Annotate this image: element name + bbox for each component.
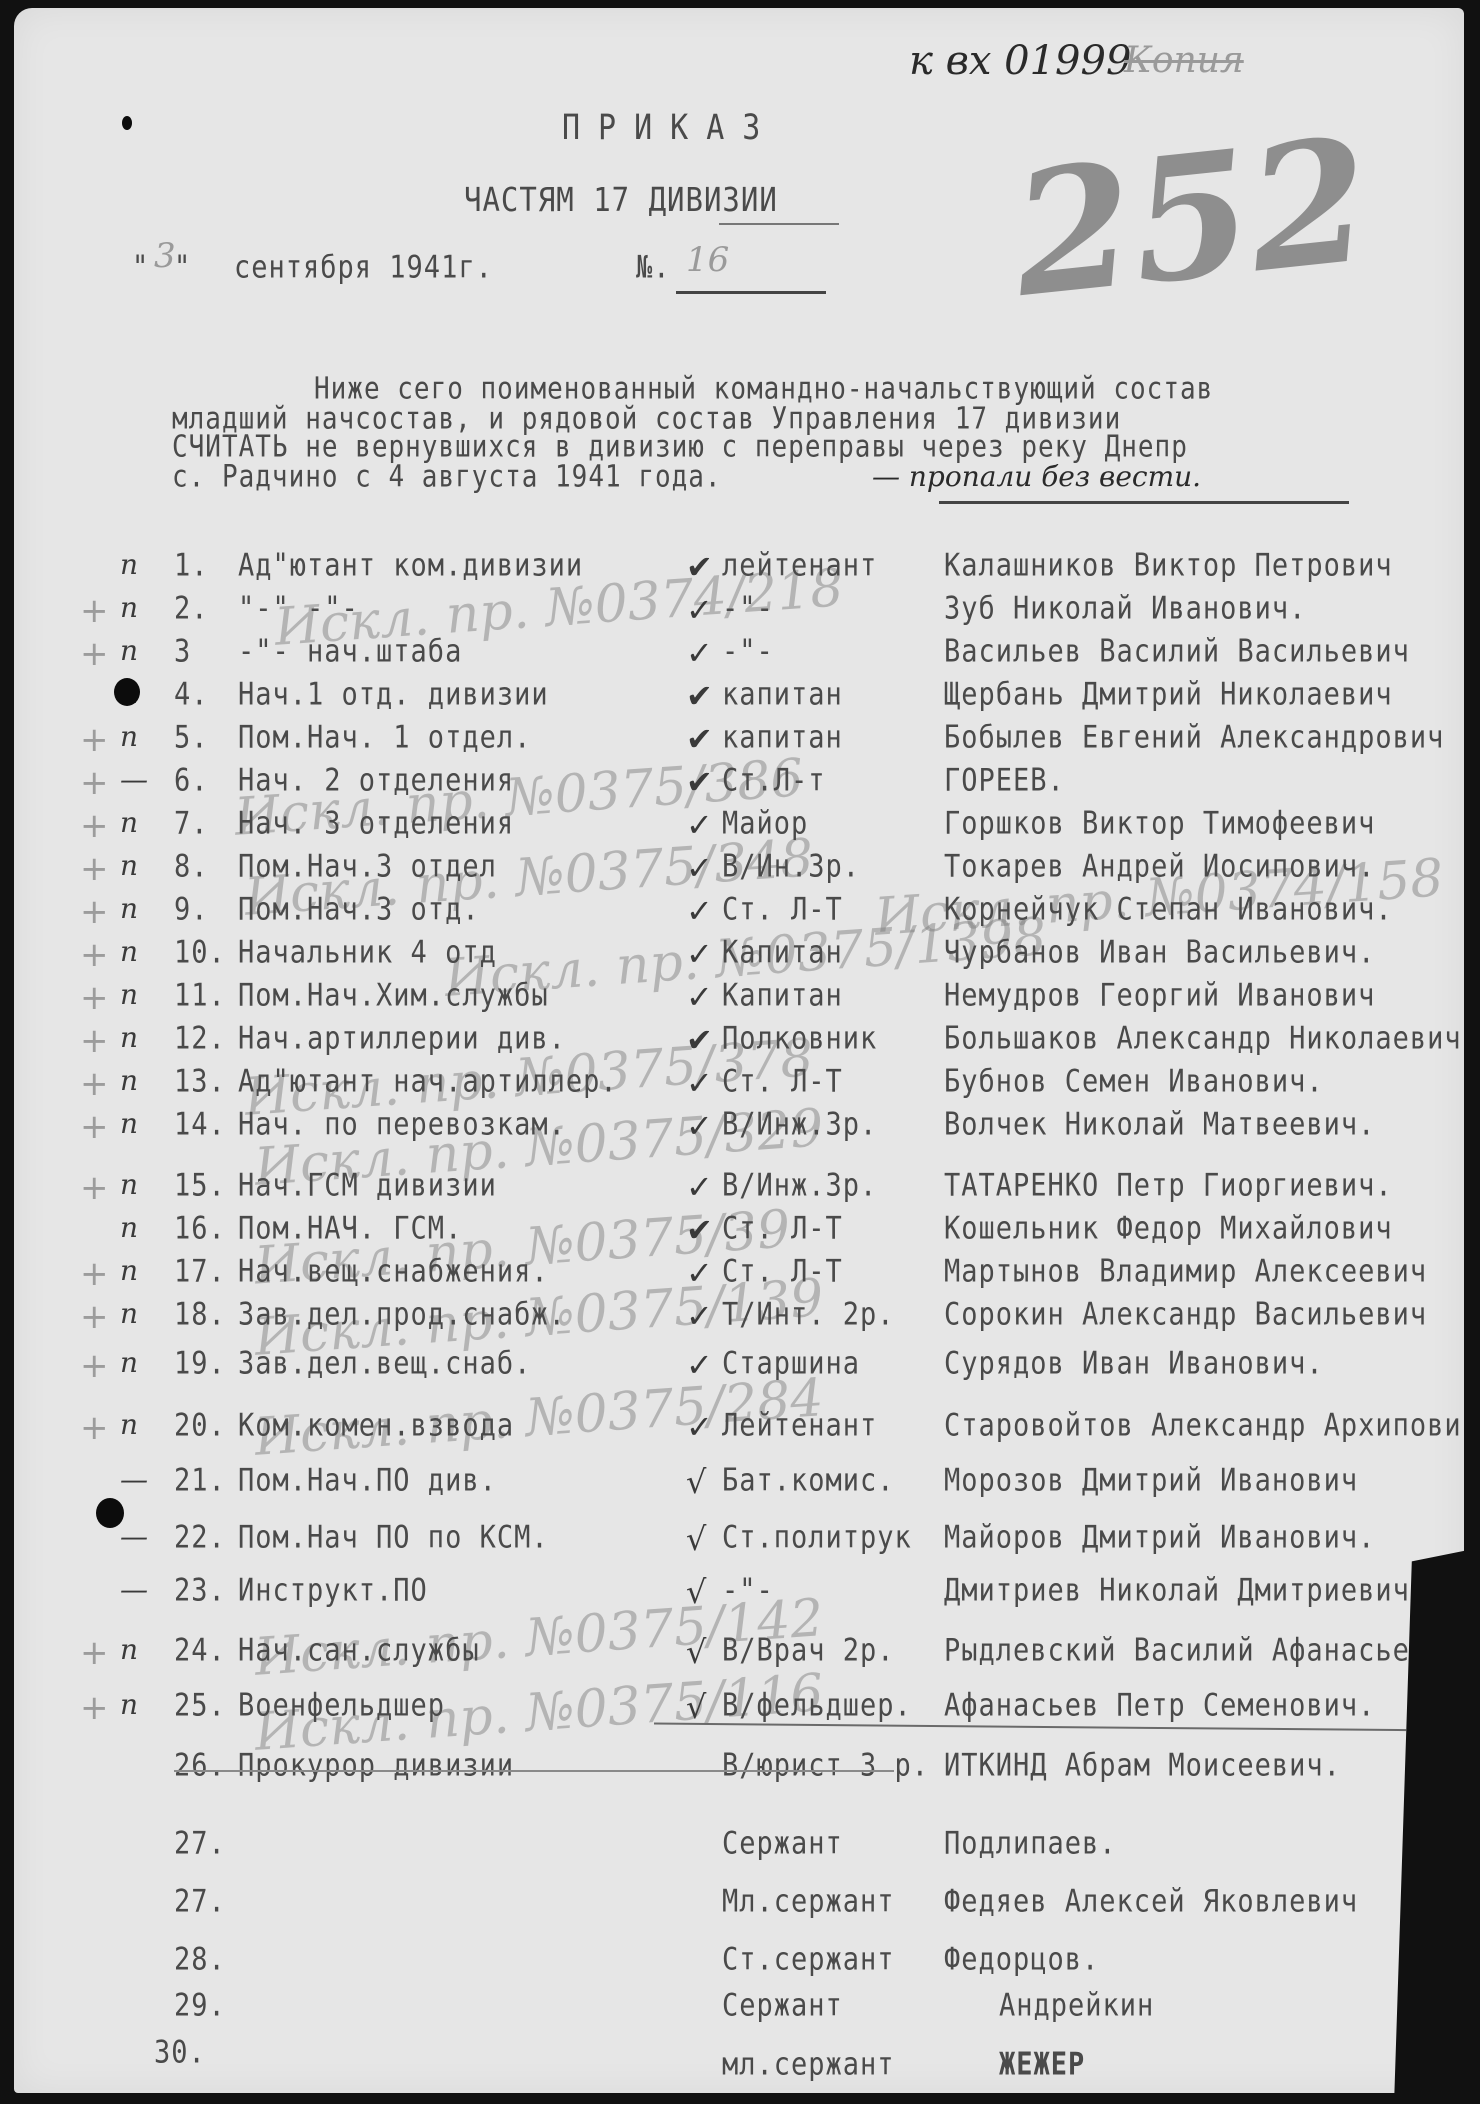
personnel-row: + п 3 -"- нач.штаба ✓ -"- Васильев Васил…: [14, 634, 1464, 678]
person-name: Андрейкин: [999, 1988, 1154, 2024]
checkmark-icon: √: [686, 1520, 706, 1558]
person-name: Васильев Василий Васильевич: [944, 634, 1410, 670]
preamble-handwritten-note: — пропали без вести.: [872, 460, 1201, 493]
checkmark-icon: √: [686, 1573, 706, 1611]
checkmark-icon: ✓: [686, 591, 713, 629]
position: Прокурор дивизии: [238, 1748, 514, 1784]
row-number: 18.: [174, 1297, 226, 1333]
archive-stamp-pencil: Копия: [1124, 40, 1244, 81]
plus-mark: +: [80, 591, 109, 631]
checkmark-icon: ✓: [686, 806, 713, 844]
position: Пом.Нач. 1 отдел.: [238, 720, 531, 756]
personnel-row: + — 6. Нач. 2 отделения ✔ Ст.Л-т ГОРЕЕВ.: [14, 763, 1464, 807]
personnel-row: + п 19. Зав.дел.вещ.снаб. ✓ Старшина Сур…: [14, 1346, 1464, 1390]
person-name: Токарев Андрей Иосипович.: [944, 849, 1375, 885]
row-number: 17.: [174, 1254, 226, 1290]
person-name: Волчек Николай Матвеевич.: [944, 1107, 1375, 1143]
person-name: Корнейчук Степан Иванович.: [944, 892, 1393, 928]
personnel-row: 29. Сержант Андрейкин: [14, 1988, 1464, 2032]
personnel-row: + п 5. Пом.Нач. 1 отдел. ✔ капитан Бобыл…: [14, 720, 1464, 764]
subtitle-underline: [719, 223, 839, 225]
preamble-line-4: с. Радчино с 4 августа 1941 года.: [172, 460, 722, 495]
plus-mark: +: [80, 1107, 109, 1147]
p-mark: п: [120, 1297, 138, 1330]
rank: В/Врач 2р.: [722, 1633, 895, 1669]
person-name: ГОРЕЕВ.: [944, 763, 1065, 799]
p-mark: п: [120, 935, 138, 968]
rank: -"-: [722, 1573, 774, 1609]
person-name: Афанасьев Петр Семенович.: [944, 1688, 1375, 1724]
note-underline: [939, 501, 1349, 504]
row-number: 9.: [174, 892, 209, 928]
row-number: 7.: [174, 806, 209, 842]
checkmark-icon: ✓: [686, 1297, 713, 1335]
rank: Бат.комис.: [722, 1463, 895, 1499]
position: Пом.НАЧ. ГСМ.: [238, 1211, 462, 1247]
row-number: 12.: [174, 1021, 226, 1057]
personnel-row: + п 13. Ад"ютант нач.артиллер. ✓ Ст. Л-Т…: [14, 1064, 1464, 1108]
row-number: 1.: [174, 548, 209, 584]
archive-stamp: к вх 01999: [909, 38, 1131, 84]
plus-mark: +: [80, 1688, 109, 1728]
row-number: 27.: [174, 1826, 226, 1862]
rank: Майор: [722, 806, 808, 842]
rank: В/фельдшер.: [722, 1688, 912, 1724]
row-number: 21.: [174, 1463, 226, 1499]
plus-mark: +: [80, 978, 109, 1018]
p-mark: п: [120, 1107, 138, 1140]
plus-mark: +: [80, 806, 109, 846]
rank: -"-: [722, 634, 774, 670]
personnel-row: п 4. Нач.1 отд. дивизии ✔ капитан Щербан…: [14, 677, 1464, 721]
plus-mark: +: [80, 1297, 109, 1337]
order-number-label: №.: [636, 250, 671, 286]
position: Нач. 3 отделения: [238, 806, 514, 842]
rank: Полковник: [722, 1021, 877, 1057]
position: Пом.Нач.ПО див.: [238, 1463, 497, 1499]
rank: Сержант: [722, 1988, 843, 2024]
position: Начальник 4 отд: [238, 935, 497, 971]
person-name: Зуб Николай Иванович.: [944, 591, 1306, 627]
p-mark: п: [120, 548, 138, 581]
plus-mark: +: [80, 1168, 109, 1208]
p-mark: —: [120, 1520, 148, 1553]
personnel-row: — 21. Пом.Нач.ПО див. √ Бат.комис. Мороз…: [14, 1463, 1464, 1507]
row-number: 10.: [174, 935, 226, 971]
personnel-row: + п 9. Пом.Нач.3 отд. ✓ Ст. Л-Т Корнейчу…: [14, 892, 1464, 936]
page-number: 252: [1005, 100, 1379, 336]
position: Ад"ютант ком.дивизии: [238, 548, 583, 584]
checkmark-icon: ✔: [686, 1211, 713, 1249]
personnel-row: п 1. Ад"ютант ком.дивизии ✔ лейтенант Ка…: [14, 548, 1464, 592]
person-name: Сурядов Иван Иванович.: [944, 1346, 1324, 1382]
position: Инструкт.ПО: [238, 1573, 428, 1609]
row-number: 6.: [174, 763, 209, 799]
rank: лейтенант: [722, 548, 877, 584]
rank: Т/Инт. 2р.: [722, 1297, 895, 1333]
p-mark: п: [120, 1021, 138, 1054]
p-mark: п: [120, 806, 138, 839]
person-name: Сорокин Александр Васильевич: [944, 1297, 1427, 1333]
row-number: 15.: [174, 1168, 226, 1204]
plus-mark: +: [80, 634, 109, 674]
date-open-quote: ": [132, 250, 149, 286]
personnel-row: + п 10. Начальник 4 отд ✓ Капитан Чурбан…: [14, 935, 1464, 979]
checkmark-icon: ✓: [686, 1107, 713, 1145]
checkmark-icon: ✔: [686, 1021, 713, 1059]
strikethrough-line: [174, 1770, 894, 1772]
person-name: Бобылев Евгений Александрович: [944, 720, 1444, 756]
plus-mark: +: [80, 1064, 109, 1104]
checkmark-icon: ✓: [686, 978, 713, 1016]
p-mark: п: [120, 978, 138, 1011]
date-text: сентября 1941г.: [234, 250, 493, 286]
personnel-row: + п 24. Нач.сан.службы √ В/Врач 2р. Рыдл…: [14, 1633, 1464, 1677]
personnel-row: — 23. Инструкт.ПО √ -"- Дмитриев Николай…: [14, 1573, 1464, 1617]
position: Нач.сан.службы: [238, 1633, 480, 1669]
p-mark: п: [120, 634, 138, 667]
position: Пом.Нач.Хим.службы: [238, 978, 549, 1014]
position: Нач.вещ.снабжения.: [238, 1254, 549, 1290]
rank: Старшина: [722, 1346, 860, 1382]
rank: Ст.сержант: [722, 1942, 895, 1978]
rank: Ст. Л-Т: [722, 1211, 843, 1247]
person-name: Старовойтов Александр Архипович: [944, 1408, 1479, 1444]
checkmark-icon: ✔: [686, 548, 713, 586]
plus-mark: +: [80, 1408, 109, 1448]
person-name: Федорцов.: [944, 1942, 1099, 1978]
row-number: 19.: [174, 1346, 226, 1382]
position: Пом.Нач ПО по КСМ.: [238, 1520, 549, 1556]
personnel-row: + п 15. Нач.ГСМ дивизии ✓ В/Инж.3р. ТАТА…: [14, 1168, 1464, 1212]
personnel-row: — 22. Пом.Нач ПО по КСМ. √ Ст.политрук М…: [14, 1520, 1464, 1564]
rank: Капитан: [722, 978, 843, 1014]
row-number: 30.: [154, 2035, 206, 2071]
p-mark: п: [120, 1168, 138, 1201]
personnel-row: + п 8. Пом.Нач.3 отдел ✓ В/Ин.3р. Токаре…: [14, 849, 1464, 893]
rank: Ст.политрук: [722, 1520, 912, 1556]
p-mark: п: [120, 892, 138, 925]
checkmark-icon: ✓: [686, 849, 713, 887]
p-mark: п: [120, 591, 138, 624]
date-close-quote: ": [174, 250, 191, 286]
personnel-row: + п 7. Нач. 3 отделения ✓ Майор Горшков …: [14, 806, 1464, 850]
row-number: 27.: [174, 1884, 226, 1920]
row-number: 4.: [174, 677, 209, 713]
person-name: Горшков Виктор Тимофеевич: [944, 806, 1375, 842]
plus-mark: +: [80, 849, 109, 889]
position: Нач.артиллерии див.: [238, 1021, 566, 1057]
checkmark-icon: ✔: [686, 763, 713, 801]
person-name: Рыдлевский Василий Афанасьевич: [944, 1633, 1462, 1669]
row-number: 26.: [174, 1748, 226, 1784]
ink-dot: [122, 116, 132, 130]
checkmark-icon: ✓: [686, 935, 713, 973]
rank: Ст.Л-т: [722, 763, 826, 799]
p-mark: —: [120, 763, 148, 796]
row-number: 13.: [174, 1064, 226, 1100]
document-page: к вх 01999 Копия 252 ПРИКАЗ ЧАСТЯМ 17 ДИ…: [14, 8, 1464, 2093]
position: Зав.дел.прод.снабж.: [238, 1297, 566, 1333]
row-number: 8.: [174, 849, 209, 885]
personnel-row: + п 20. Ком.комен.взвода ✓ Лейтенант Ста…: [14, 1408, 1464, 1452]
row-number: 2.: [174, 591, 209, 627]
row-number: 24.: [174, 1633, 226, 1669]
checkmark-icon: ✓: [686, 1064, 713, 1102]
person-name: Щербань Дмитрий Николаевич: [944, 677, 1393, 713]
person-name: ТАТАРЕНКО Петр Гиоргиевич.: [944, 1168, 1393, 1204]
punch-hole: [114, 678, 140, 706]
p-mark: п: [120, 849, 138, 882]
personnel-row: 28. Ст.сержант Федорцов.: [14, 1942, 1464, 1986]
rank: В/юрист 3 р.: [722, 1748, 929, 1784]
position: Ком.комен.взвода: [238, 1408, 514, 1444]
rank: В/Ин.3р.: [722, 849, 860, 885]
position: Ад"ютант нач.артиллер.: [238, 1064, 618, 1100]
checkmark-icon: ✓: [686, 1408, 713, 1446]
person-name: Чурбанов Иван Васильевич.: [944, 935, 1375, 971]
personnel-row: + п 11. Пом.Нач.Хим.службы ✓ Капитан Нем…: [14, 978, 1464, 1022]
row-number: 11.: [174, 978, 226, 1014]
checkmark-icon: ✔: [686, 677, 713, 715]
person-name: Морозов Дмитрий Иванович: [944, 1463, 1358, 1499]
position: Пом.Нач.3 отдел: [238, 849, 497, 885]
rank: мл.сержант: [722, 2047, 895, 2083]
p-mark: п: [120, 1688, 138, 1721]
rank: В/Инж.3р.: [722, 1107, 877, 1143]
rank: Лейтенант: [722, 1408, 877, 1444]
plus-mark: +: [80, 720, 109, 760]
checkmark-icon: ✓: [686, 1168, 713, 1206]
plus-mark: +: [80, 1254, 109, 1294]
position: -"- нач.штаба: [238, 634, 462, 670]
row-number: 16.: [174, 1211, 226, 1247]
order-number-underline: [676, 291, 826, 294]
person-name: Кошельник Федор Михайлович: [944, 1211, 1393, 1247]
p-mark: п: [120, 1064, 138, 1097]
rank: Ст. Л-Т: [722, 892, 843, 928]
position: Нач. 2 отделения: [238, 763, 514, 799]
personnel-row: + п 17. Нач.вещ.снабжения. ✓ Ст. Л-Т Мар…: [14, 1254, 1464, 1298]
person-name: Немудров Георгий Иванович: [944, 978, 1375, 1014]
position: "-" -"-: [238, 591, 359, 627]
p-mark: —: [120, 1463, 148, 1496]
rank: Мл.сержант: [722, 1884, 895, 1920]
checkmark-icon: ✓: [686, 1346, 713, 1384]
p-mark: п: [120, 1633, 138, 1666]
plus-mark: +: [80, 1021, 109, 1061]
person-name: Мартынов Владимир Алексеевич: [944, 1254, 1427, 1290]
rank: В/Инж.3р.: [722, 1168, 877, 1204]
plus-mark: +: [80, 763, 109, 803]
personnel-row: 27. Мл.сержант Федяев Алексей Яковлевич: [14, 1884, 1464, 1928]
punch-hole: [96, 1498, 124, 1528]
plus-mark: +: [80, 1633, 109, 1673]
checkmark-icon: ✔: [686, 720, 713, 758]
person-name: Майоров Дмитрий Иванович.: [944, 1520, 1375, 1556]
person-name: Подлипаев.: [944, 1826, 1117, 1862]
rank: капитан: [722, 677, 843, 713]
row-number: 14.: [174, 1107, 226, 1143]
position: Нач.1 отд. дивизии: [238, 677, 549, 713]
rank: Ст. Л-Т: [722, 1064, 843, 1100]
person-name: Бубнов Семен Иванович.: [944, 1064, 1324, 1100]
row-number: 3: [174, 634, 191, 670]
position: Военфельдшер: [238, 1688, 445, 1724]
plus-mark: +: [80, 1346, 109, 1386]
personnel-row: + п 12. Нач.артиллерии див. ✔ Полковник …: [14, 1021, 1464, 1065]
checkmark-icon: ✓: [686, 1254, 713, 1292]
p-mark: п: [120, 1211, 138, 1244]
page-title: ПРИКАЗ: [562, 108, 778, 148]
plus-mark: +: [80, 935, 109, 975]
row-number: 22.: [174, 1520, 226, 1556]
plus-mark: +: [80, 892, 109, 932]
row-number: 29.: [174, 1988, 226, 2024]
row-number: 28.: [174, 1942, 226, 1978]
row-number: 20.: [174, 1408, 226, 1444]
p-mark: п: [120, 1254, 138, 1287]
row-number: 5.: [174, 720, 209, 756]
position: Нач.ГСМ дивизии: [238, 1168, 497, 1204]
p-mark: п: [120, 1408, 138, 1441]
order-number-value: 16: [686, 240, 729, 280]
personnel-row: + п 2. "-" -"- ✓ -"- Зуб Николай Иванови…: [14, 591, 1464, 635]
p-mark: п: [120, 720, 138, 753]
personnel-row: 27. Сержант Подлипаев.: [14, 1826, 1464, 1870]
row-number: 23.: [174, 1573, 226, 1609]
personnel-row: + п 18. Зав.дел.прод.снабж. ✓ Т/Инт. 2р.…: [14, 1297, 1464, 1341]
position: Зав.дел.вещ.снаб.: [238, 1346, 531, 1382]
checkmark-icon: √: [686, 1688, 706, 1726]
checkmark-icon: √: [686, 1633, 706, 1671]
rank: Ст. Л-Т: [722, 1254, 843, 1290]
checkmark-icon: ✓: [686, 892, 713, 930]
rank: Капитан: [722, 935, 843, 971]
date-day: 3: [154, 236, 176, 276]
row-number: 25.: [174, 1688, 226, 1724]
personnel-row: п 16. Пом.НАЧ. ГСМ. ✔ Ст. Л-Т Кошельник …: [14, 1211, 1464, 1255]
p-mark: п: [120, 1346, 138, 1379]
rank: Сержант: [722, 1826, 843, 1862]
position: Нач. по перевозкам.: [238, 1107, 566, 1143]
rank: -"-: [722, 591, 774, 627]
personnel-row: + п 25. Военфельдшер √ В/фельдшер. Афана…: [14, 1688, 1464, 1732]
page-subtitle: ЧАСТЯМ 17 ДИВИЗИИ: [464, 180, 778, 219]
personnel-row: + п 14. Нач. по перевозкам. ✓ В/Инж.3р. …: [14, 1107, 1464, 1151]
position: Пом.Нач.3 отд.: [238, 892, 480, 928]
person-name: Большаков Александр Николаевич: [944, 1021, 1462, 1057]
personnel-row: 30. мл.сержант ЖЕЖЕР: [14, 2035, 1464, 2079]
rank: капитан: [722, 720, 843, 756]
p-mark: —: [120, 1573, 148, 1606]
person-name: ЖЕЖЕР: [999, 2047, 1085, 2083]
checkmark-icon: √: [686, 1463, 706, 1501]
person-name: ИТКИНД Абрам Моисеевич.: [944, 1748, 1341, 1784]
checkmark-icon: ✓: [686, 634, 713, 672]
person-name: Дмитриев Николай Дмитриевич: [944, 1573, 1410, 1609]
person-name: Калашников Виктор Петрович: [944, 548, 1393, 584]
person-name: Федяев Алексей Яковлевич: [944, 1884, 1358, 1920]
